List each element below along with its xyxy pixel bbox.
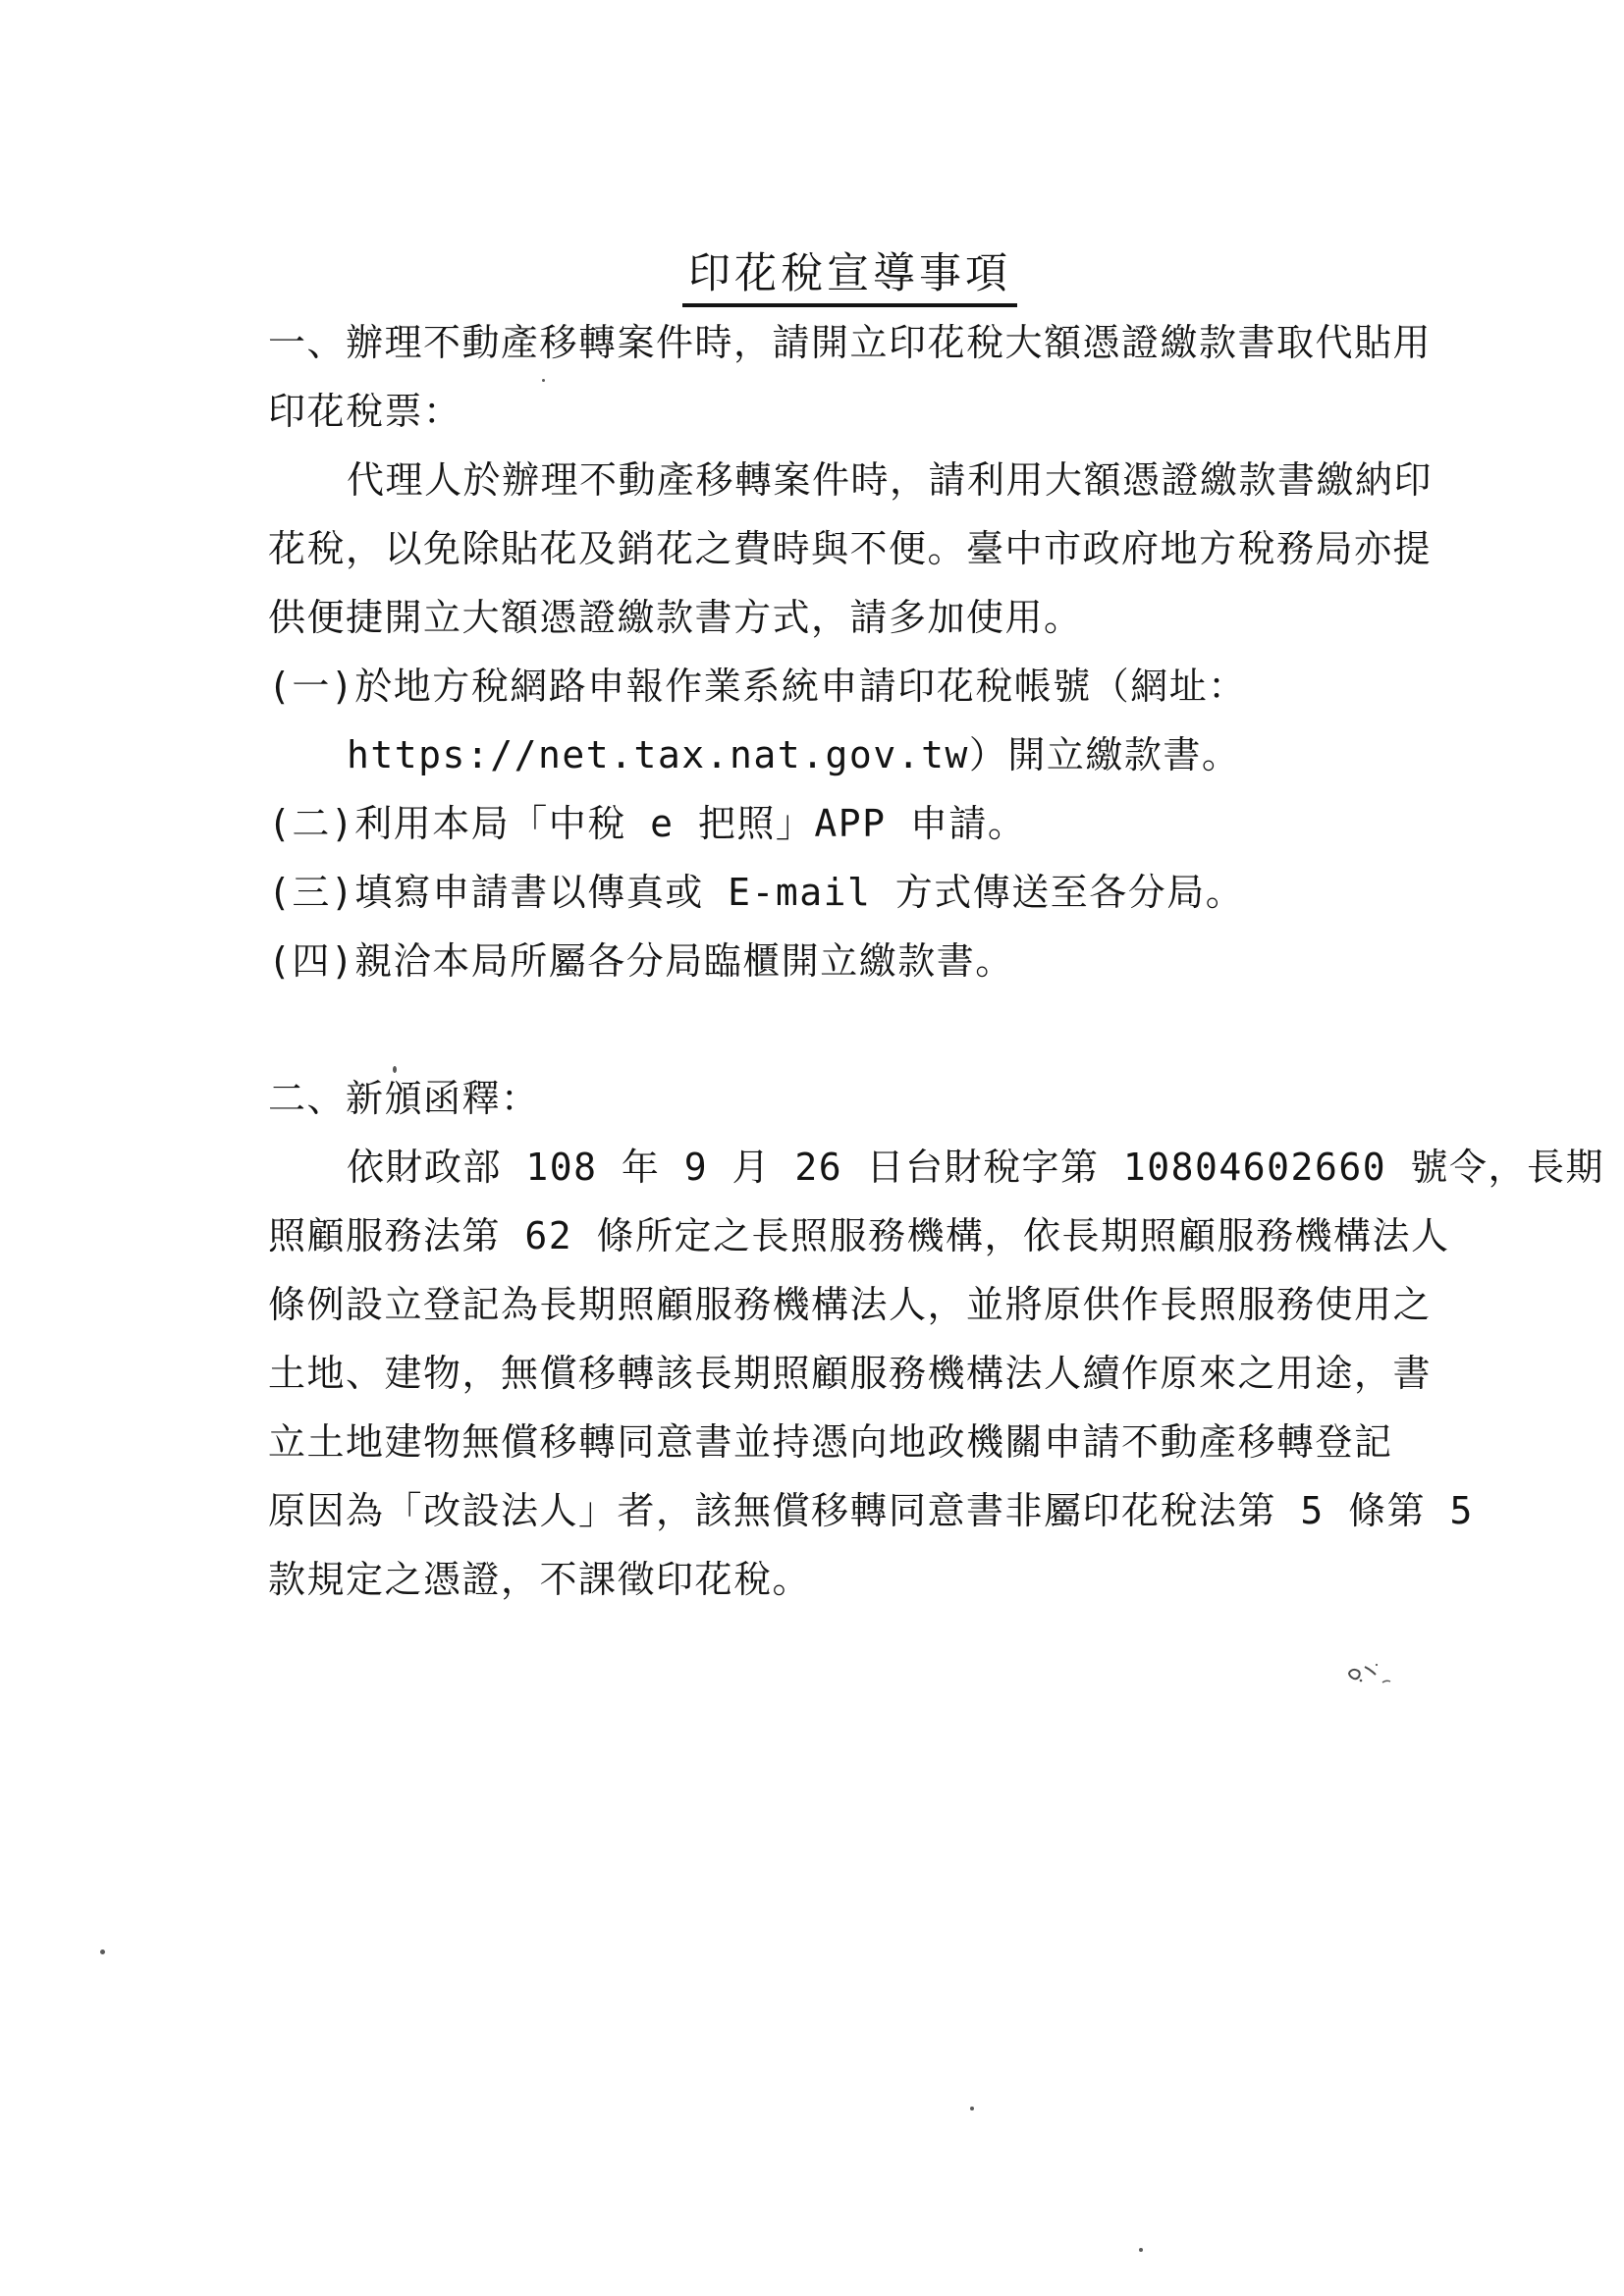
text-line: https://net.tax.nat.gov.tw）開立繳款書。 [268,721,1432,789]
document-body: 印花稅宣導事項 一、辦理不動產移轉案件時，請開立印花稅大額憑證繳款書取代貼用印花… [268,240,1432,1614]
text-line: 印花稅票： [268,377,1432,446]
text-line: 原因為「改設法人」者，該無償移轉同意書非屬印花稅法第 5 條第 5 [268,1476,1432,1545]
text-line: 二、新頒函釋： [268,1064,1432,1133]
text-line: (三)填寫申請書以傳真或 E-mail 方式傳送至各分局。 [268,858,1432,927]
text-line: (二)利用本局「中稅 e 把照」APP 申請。 [268,789,1432,858]
document-lines: 一、辦理不動產移轉案件時，請開立印花稅大額憑證繳款書取代貼用印花稅票：代理人於辦… [268,308,1432,1614]
text-line: (四)親洽本局所屬各分局臨櫃開立繳款書。 [268,927,1432,995]
text-line: 立土地建物無償移轉同意書並持憑向地政機關申請不動產移轉登記 [268,1408,1432,1476]
document-title: 印花稅宣導事項 [268,240,1432,308]
document-page: 印花稅宣導事項 一、辦理不動產移轉案件時，請開立印花稅大額憑證繳款書取代貼用印花… [0,0,1624,2296]
scan-artifact [1139,2248,1143,2252]
scan-artifact [100,1949,105,1954]
text-line: 依財政部 108 年 9 月 26 日台財稅字第 10804602660 號令，… [268,1133,1432,1201]
text-line: 照顧服務法第 62 條所定之長照服務機構，依長期照顧服務機構法人 [268,1201,1432,1270]
scan-artifact [393,1066,397,1073]
text-line: 一、辦理不動產移轉案件時，請開立印花稅大額憑證繳款書取代貼用 [268,308,1432,377]
text-line: 代理人於辦理不動產移轉案件時，請利用大額憑證繳款書繳納印 [268,446,1432,514]
text-line: 款規定之憑證，不課徵印花稅。 [268,1545,1432,1614]
blank-line [268,995,1432,1064]
scan-artifact [970,2107,974,2110]
text-line: 條例設立登記為長期照顧服務機構法人，並將原供作長照服務使用之 [268,1270,1432,1339]
document-title-text: 印花稅宣導事項 [682,246,1017,307]
text-line: 供便捷開立大額憑證繳款書方式，請多加使用。 [268,583,1432,652]
text-line: 花稅，以免除貼花及銷花之費時與不便。臺中市政府地方稅務局亦提 [268,514,1432,583]
text-line: 土地、建物，無償移轉該長期照顧服務機構法人續作原來之用途，書 [268,1339,1432,1408]
scan-artifact [542,379,545,382]
scan-artifact [1343,1657,1402,1690]
text-line: (一)於地方稅網路申報作業系統申請印花稅帳號（網址： [268,652,1432,721]
